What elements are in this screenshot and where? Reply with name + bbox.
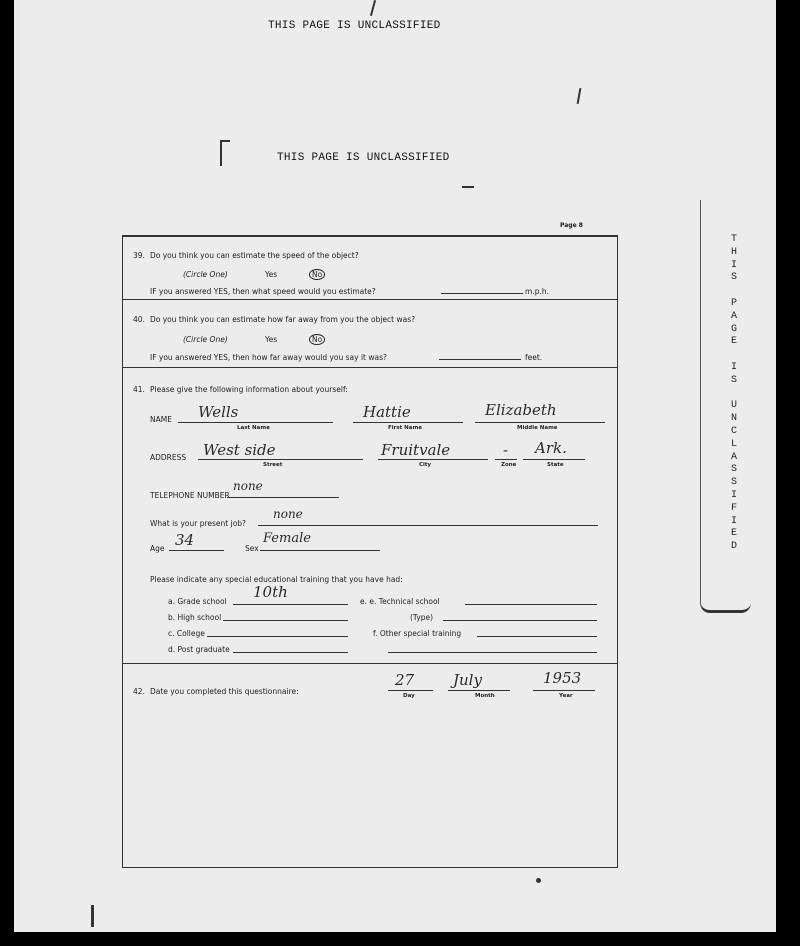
street-field[interactable]	[198, 459, 363, 460]
first-name-label: First Name	[388, 425, 422, 431]
corner-bracket-mark	[220, 140, 230, 166]
year-field[interactable]	[533, 690, 595, 691]
technical-school-label: e. e. Technical school	[360, 597, 440, 606]
zone-value: -	[503, 441, 508, 459]
technical-type-label: (Type)	[410, 613, 433, 622]
zone-field[interactable]	[495, 459, 517, 460]
middle-name-field[interactable]	[475, 422, 605, 423]
q39-speed-field[interactable]	[441, 293, 523, 294]
q42-number: 42.	[133, 687, 145, 696]
day-value: 27	[395, 671, 414, 689]
q40-unit: feet.	[525, 353, 542, 362]
q40-option-yes[interactable]: Yes	[265, 335, 277, 344]
year-label: Year	[559, 693, 573, 699]
q39-followup: IF you answered YES, then what speed wou…	[150, 287, 376, 296]
month-label: Month	[475, 693, 495, 699]
age-value: 34	[175, 531, 194, 549]
side-classification-stamp: T H I S P A G E I S U N C L A S S I F I …	[728, 234, 740, 554]
q41-prompt: Please give the following information ab…	[150, 385, 348, 394]
high-school-label: b. High school	[168, 613, 221, 622]
questionnaire-form: 39. Do you think you can estimate the sp…	[122, 235, 618, 868]
top-classification-stamp: THIS PAGE IS UNCLASSIFIED	[268, 20, 441, 32]
day-label: Day	[403, 693, 415, 699]
last-name-value: Wells	[198, 403, 238, 421]
state-field[interactable]	[523, 459, 585, 460]
question-42-section: 42. Date you completed this questionnair…	[123, 663, 617, 867]
sex-value: Female	[263, 531, 311, 546]
q39-option-no-circled[interactable]: No	[309, 269, 325, 280]
question-39-section: 39. Do you think you can estimate the sp…	[123, 237, 617, 300]
month-field[interactable]	[448, 690, 510, 691]
q39-circle-label: (Circle One)	[183, 270, 228, 279]
state-value: Ark.	[535, 439, 567, 457]
last-name-field[interactable]	[178, 422, 333, 423]
technical-type-field[interactable]	[443, 620, 597, 621]
q40-distance-field[interactable]	[439, 359, 521, 360]
q40-question: Do you think you can estimate how far aw…	[150, 315, 415, 324]
first-name-field[interactable]	[353, 422, 463, 423]
state-label: State	[547, 462, 564, 468]
second-classification-stamp: THIS PAGE IS UNCLASSIFIED	[277, 152, 450, 164]
day-field[interactable]	[388, 690, 433, 691]
post-graduate-label: d. Post graduate	[168, 645, 230, 654]
month-value: July	[453, 671, 482, 689]
scan-artifact	[462, 186, 474, 188]
technical-school-field[interactable]	[465, 604, 597, 605]
page-number: Page 8	[560, 222, 583, 229]
q39-option-yes[interactable]: Yes	[265, 270, 277, 279]
scan-artifact	[536, 878, 541, 883]
q42-prompt: Date you completed this questionnaire:	[150, 687, 299, 696]
telephone-label: TELEPHONE NUMBER	[150, 491, 230, 500]
name-label: NAME	[150, 415, 172, 424]
side-bracket-mark	[700, 200, 751, 613]
middle-name-label: Middle Name	[517, 425, 558, 431]
scan-artifact	[91, 905, 94, 927]
question-40-section: 40. Do you think you can estimate how fa…	[123, 299, 617, 368]
sex-field[interactable]	[260, 550, 380, 551]
grade-school-field[interactable]	[233, 604, 348, 605]
last-name-label: Last Name	[237, 425, 270, 431]
street-value: West side	[203, 441, 276, 459]
address-label: ADDRESS	[150, 453, 186, 462]
street-label: Street	[263, 462, 282, 468]
grade-school-value: 10th	[253, 583, 288, 601]
job-field[interactable]	[258, 525, 598, 526]
q39-unit: m.p.h.	[525, 287, 549, 296]
other-training-field[interactable]	[477, 636, 597, 637]
middle-name-value: Elizabeth	[485, 401, 557, 419]
grade-school-label: a. Grade school	[168, 597, 227, 606]
age-field[interactable]	[169, 550, 224, 551]
city-value: Fruitvale	[381, 441, 450, 459]
other-training-label: f. Other special training	[373, 629, 461, 638]
year-value: 1953	[543, 669, 581, 687]
other-training-field-2[interactable]	[388, 652, 597, 653]
sex-label: Sex	[245, 544, 259, 553]
job-value: none	[273, 507, 303, 521]
zone-label: Zone	[501, 462, 516, 468]
high-school-field[interactable]	[223, 620, 348, 621]
college-field[interactable]	[207, 636, 348, 637]
q40-followup: IF you answered YES, then how far away w…	[150, 353, 387, 362]
city-field[interactable]	[378, 459, 488, 460]
city-label: City	[419, 462, 431, 468]
age-label: Age	[150, 544, 165, 553]
first-name-value: Hattie	[363, 403, 411, 421]
question-41-section: 41. Please give the following informatio…	[123, 367, 617, 664]
q40-circle-label: (Circle One)	[183, 335, 228, 344]
q41-number: 41.	[133, 385, 145, 394]
q39-question: Do you think you can estimate the speed …	[150, 251, 359, 260]
telephone-value: none	[233, 479, 263, 493]
post-graduate-field[interactable]	[233, 652, 348, 653]
q40-number: 40.	[133, 315, 145, 324]
q40-option-no-circled[interactable]: No	[309, 334, 325, 345]
job-label: What is your present job?	[150, 519, 246, 528]
telephone-field[interactable]	[227, 497, 339, 498]
q39-number: 39.	[133, 251, 145, 260]
college-label: c. College	[168, 629, 205, 638]
